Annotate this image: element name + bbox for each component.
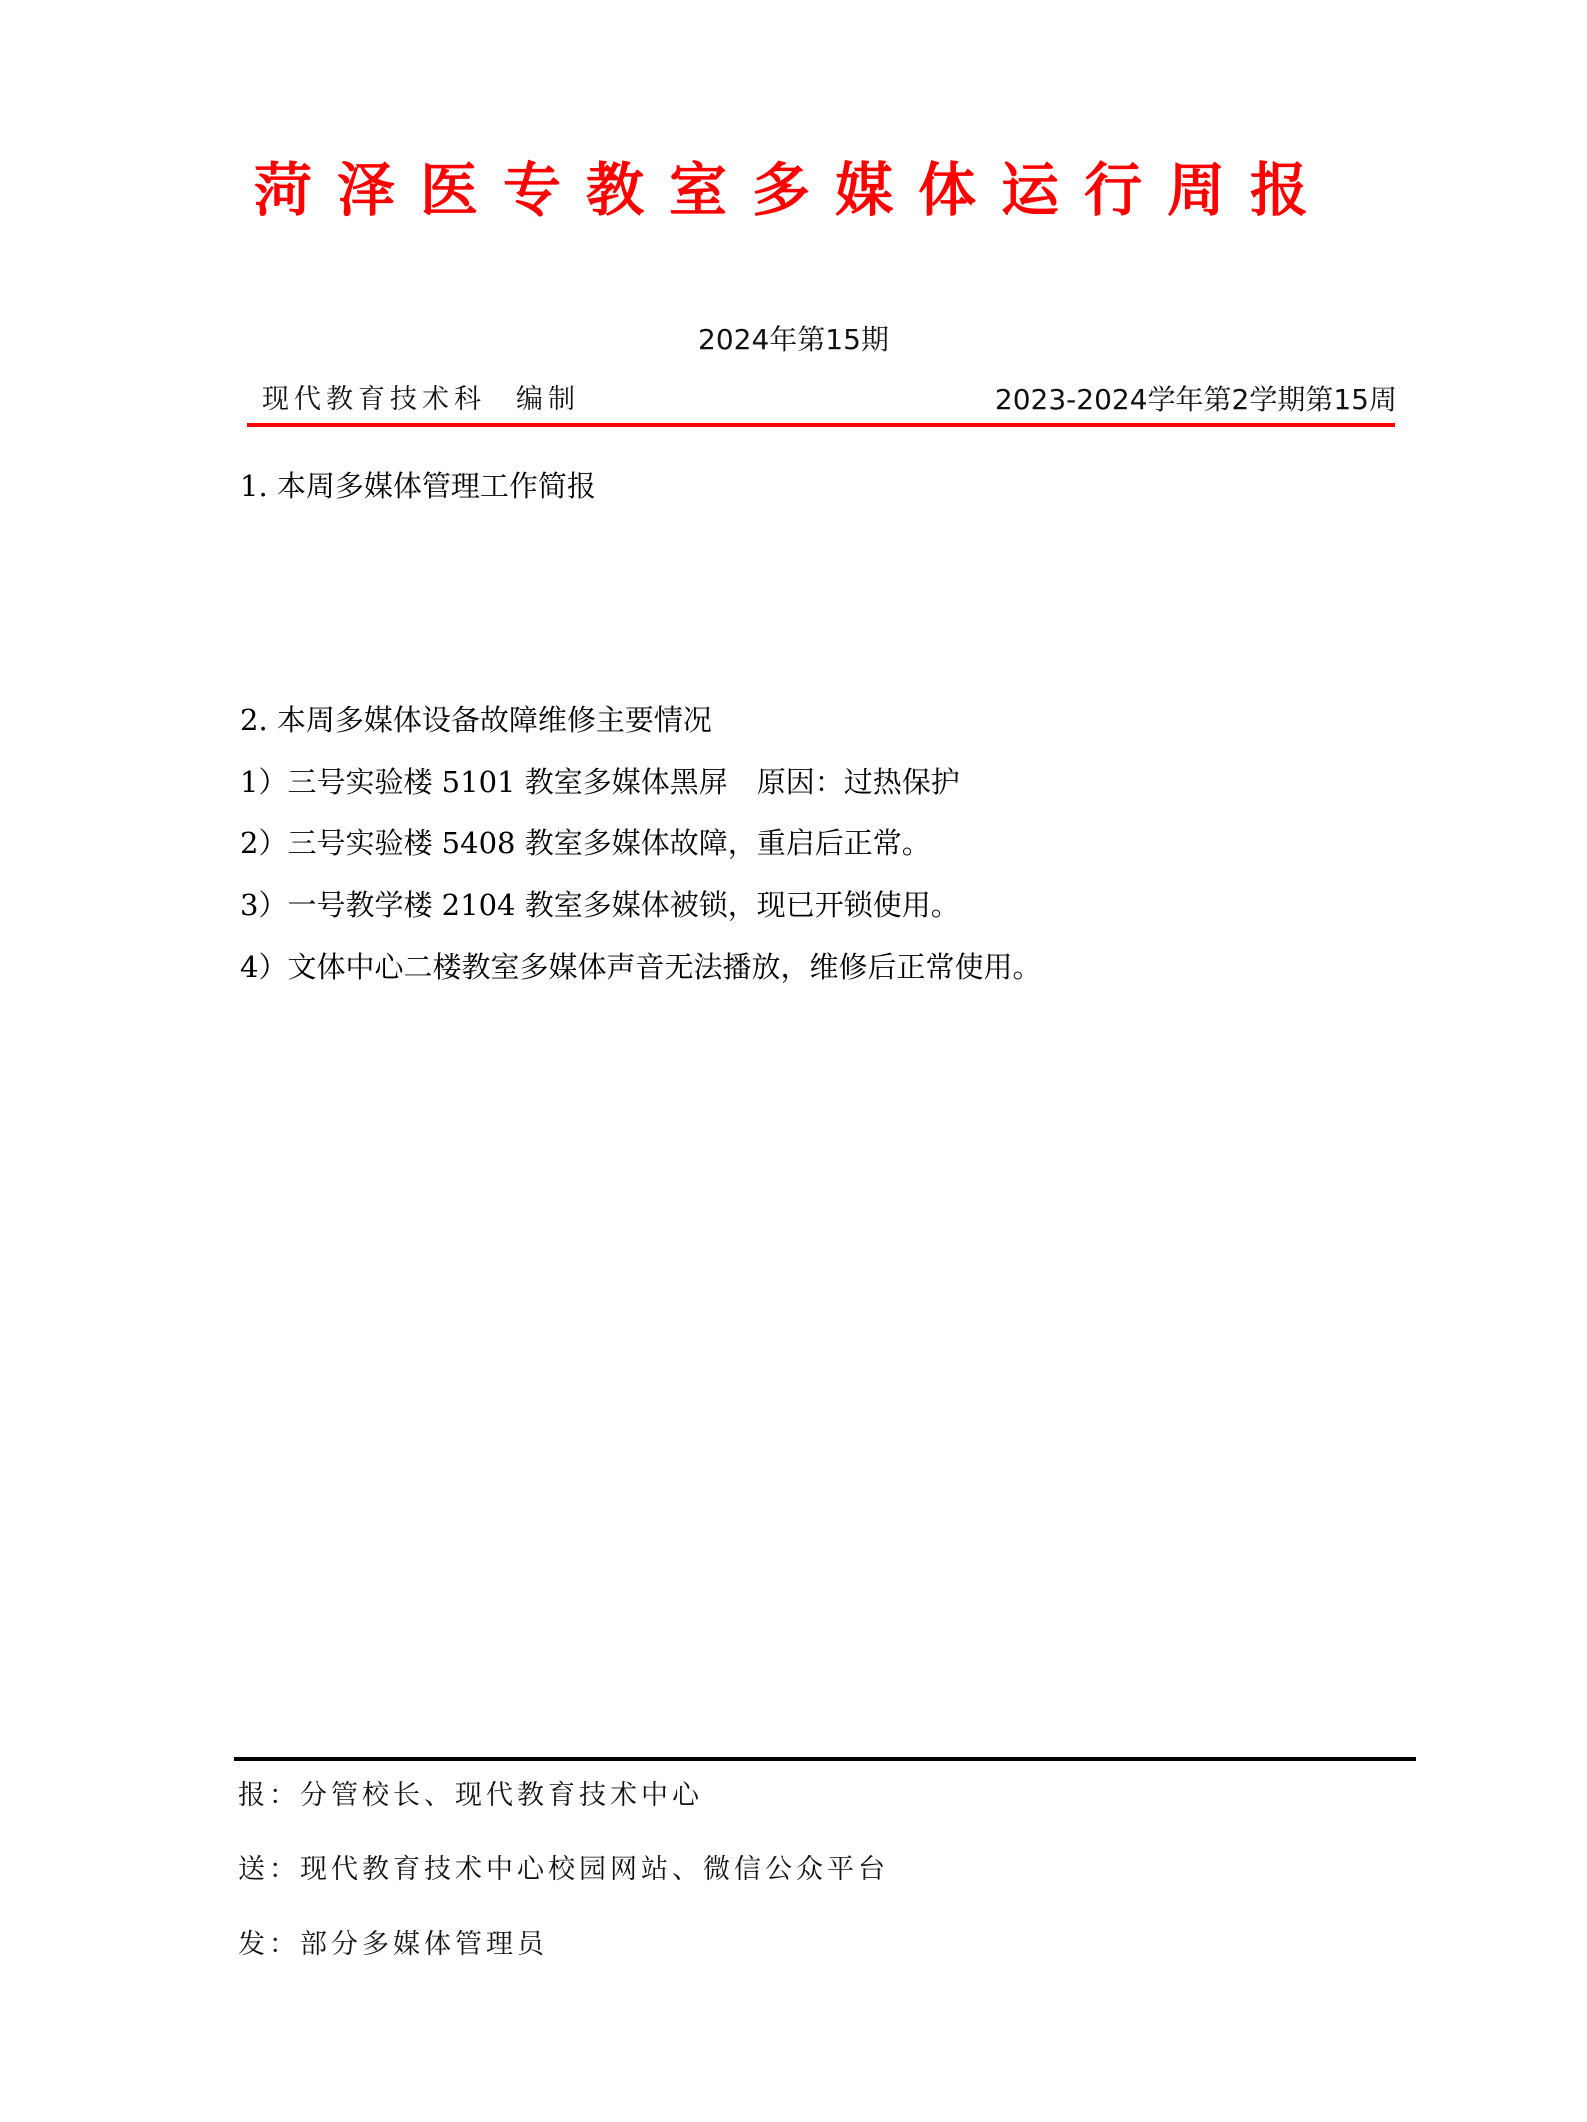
document-title: 菏泽医专教室多媒体运行周报 [0, 150, 1587, 230]
header-divider [247, 423, 1395, 427]
issue-number: 2024年第15期 [0, 322, 1587, 358]
footer-divider [234, 1757, 1416, 1761]
repair-item: 1）三号实验楼 5101 教室多媒体黑屏 原因：过热保护 [240, 762, 960, 802]
section-heading-repairs: 2. 本周多媒体设备故障维修主要情况 [240, 700, 712, 740]
repair-item: 2）三号实验楼 5408 教室多媒体故障，重启后正常。 [240, 823, 931, 863]
distribution-send: 送：现代教育技术中心校园网站、微信公众平台 [238, 1850, 889, 1890]
section-heading-brief: 1. 本周多媒体管理工作简报 [240, 466, 596, 506]
repair-item: 4）文体中心二楼教室多媒体声音无法播放，维修后正常使用。 [240, 947, 1041, 987]
compiler-department: 现代教育技术科 [262, 384, 486, 415]
term-info: 2023-2024学年第2学期第15周 [995, 382, 1397, 418]
distribution-report: 报：分管校长、现代教育技术中心 [238, 1776, 703, 1816]
compiler-label: 编制 [516, 384, 580, 415]
compiler-line: 现代教育技术科编制 [262, 382, 580, 418]
distribution-issue: 发：部分多媒体管理员 [238, 1925, 548, 1965]
repair-item: 3）一号教学楼 2104 教室多媒体被锁，现已开锁使用。 [240, 885, 960, 925]
